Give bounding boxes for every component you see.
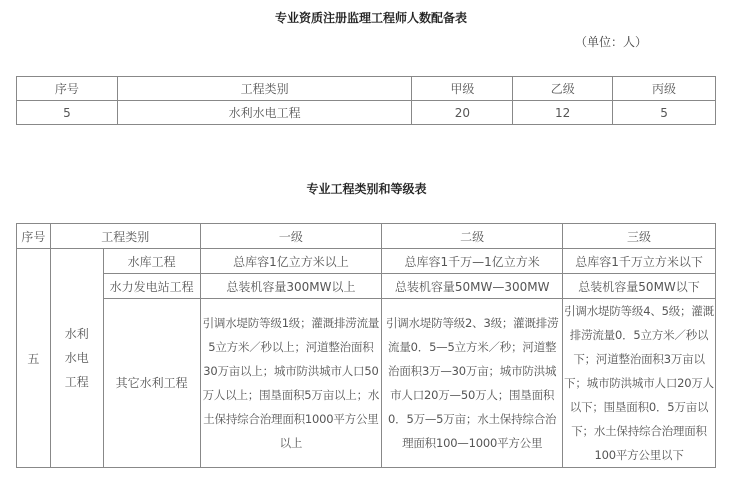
table-row: 其它水利工程 引调水堤防等级1级；灌溉排涝流量5立方米／秒以上；河道整治面积30… bbox=[17, 299, 716, 468]
cell-category: 水利水电工程 bbox=[117, 101, 412, 125]
header-grade-c: 丙级 bbox=[613, 77, 716, 101]
category-line: 水电 bbox=[65, 351, 89, 365]
table-row: 5 水利水电工程 20 12 5 bbox=[17, 101, 716, 125]
cell-sub-category: 其它水利工程 bbox=[103, 299, 200, 468]
header-level2: 二级 bbox=[382, 224, 563, 249]
level1-text: 引调水堤防等级1级；灌溉排涝流量5立方米／秒以上；河道整治面积30万亩以上；城市… bbox=[201, 311, 382, 455]
category-line: 水利 bbox=[65, 327, 89, 341]
header-level3: 三级 bbox=[563, 224, 716, 249]
cell-sub-category: 水力发电站工程 bbox=[103, 274, 200, 299]
cell-level3: 总库容1千万立方米以下 bbox=[563, 249, 716, 274]
category-line: 工程 bbox=[65, 375, 89, 389]
cell-grade-a: 20 bbox=[412, 101, 513, 125]
cell-seq: 五 bbox=[17, 249, 51, 468]
cell-level2: 总装机容量50MW—300MW bbox=[382, 274, 563, 299]
table-row: 五 水利 水电 工程 水库工程 总库容1亿立方米以上 总库容1千万—1亿立方米 … bbox=[17, 249, 716, 274]
cell-level3: 总装机容量50MW以下 bbox=[563, 274, 716, 299]
cell-level2: 总库容1千万—1亿立方米 bbox=[382, 249, 563, 274]
cell-seq: 5 bbox=[17, 101, 118, 125]
level3-text: 引调水堤防等级4、5级；灌溉排涝流量0．5立方米／秒以下；河道整治面积3万亩以下… bbox=[563, 299, 715, 467]
unit-label: （单位：人） bbox=[575, 33, 647, 50]
table1-title: 专业资质注册监理工程师人数配备表 bbox=[0, 9, 733, 26]
cell-grade-c: 5 bbox=[613, 101, 716, 125]
level2-text: 引调水堤防等级2、3级；灌溉排涝流量0．5—5立方米／秒；河道整治面积3万—30… bbox=[382, 311, 562, 455]
table-header-row: 序号 工程类别 一级 二级 三级 bbox=[17, 224, 716, 249]
cell-level3: 引调水堤防等级4、5级；灌溉排涝流量0．5立方米／秒以下；河道整治面积3万亩以下… bbox=[563, 299, 716, 468]
cell-sub-category: 水库工程 bbox=[103, 249, 200, 274]
table2-title: 专业工程类别和等级表 bbox=[0, 180, 733, 197]
header-category: 工程类别 bbox=[117, 77, 412, 101]
grade-table: 序号 工程类别 一级 二级 三级 五 水利 水电 工程 水库工程 总库容1亿立方… bbox=[16, 223, 716, 468]
header-grade-b: 乙级 bbox=[513, 77, 613, 101]
table-header-row: 序号 工程类别 甲级 乙级 丙级 bbox=[17, 77, 716, 101]
header-seq: 序号 bbox=[17, 77, 118, 101]
cell-grade-b: 12 bbox=[513, 101, 613, 125]
cell-level1: 总装机容量300MW以上 bbox=[200, 274, 382, 299]
table-row: 水力发电站工程 总装机容量300MW以上 总装机容量50MW—300MW 总装机… bbox=[17, 274, 716, 299]
staffing-table: 序号 工程类别 甲级 乙级 丙级 5 水利水电工程 20 12 5 bbox=[16, 76, 716, 125]
cell-level1: 总库容1亿立方米以上 bbox=[200, 249, 382, 274]
header-grade-a: 甲级 bbox=[412, 77, 513, 101]
cell-category-main: 水利 水电 工程 bbox=[50, 249, 103, 468]
cell-level2: 引调水堤防等级2、3级；灌溉排涝流量0．5—5立方米／秒；河道整治面积3万—30… bbox=[382, 299, 563, 468]
header-category: 工程类别 bbox=[50, 224, 200, 249]
cell-level1: 引调水堤防等级1级；灌溉排涝流量5立方米／秒以上；河道整治面积30万亩以上；城市… bbox=[200, 299, 382, 468]
header-seq: 序号 bbox=[17, 224, 51, 249]
header-level1: 一级 bbox=[200, 224, 382, 249]
